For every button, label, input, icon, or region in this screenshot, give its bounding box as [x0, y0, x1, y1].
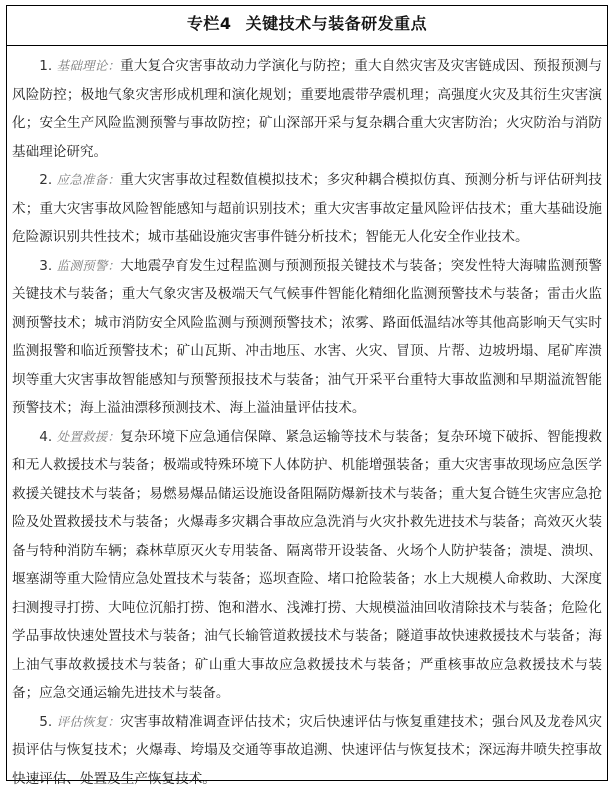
- section-text: 重大复合灾害事故动力学演化与防控；重大自然灾害及灾害链成因、预报预测与风险防控；…: [12, 58, 602, 160]
- box-header: 专栏4关键技术与装备研发重点: [7, 6, 607, 46]
- section-label: 评估恢复：: [57, 714, 120, 729]
- section-label: 处置救援：: [57, 429, 120, 444]
- section-index: 1.: [39, 58, 56, 74]
- section-assessment-recovery: 5. 评估恢复：灾害事故精准调查评估技术；灾后快速评估与恢复重建技术；强台风及龙…: [12, 708, 602, 786]
- section-index: 3.: [39, 258, 56, 274]
- section-disposal-rescue: 4. 处置救援：复杂环境下应急通信保障、紧急运输等技术与装备；复杂环境下破拆、智…: [12, 423, 602, 708]
- title-text: 关键技术与装备研发重点: [246, 14, 428, 33]
- section-emergency-preparation: 2. 应急准备：重大灾害事故过程数值模拟技术；多灾种耦合模拟仿真、预测分析与评估…: [12, 166, 602, 252]
- section-monitoring-warning: 3. 监测预警：大地震孕育发生过程监测与预测预报关键技术与装备；突发性特大海啸监…: [12, 252, 602, 423]
- box-title: 专栏4关键技术与装备研发重点: [187, 11, 427, 34]
- section-index: 2.: [39, 172, 56, 188]
- section-label: 监测预警：: [57, 258, 120, 273]
- section-index: 4.: [39, 429, 56, 445]
- section-basic-theory: 1. 基础理论：重大复合灾害事故动力学演化与防控；重大自然灾害及灾害链成因、预报…: [12, 52, 602, 166]
- section-text: 大地震孕育发生过程监测与预测预报关键技术与装备；突发性特大海啸监测预警关键技术与…: [12, 258, 602, 417]
- section-label: 应急准备：: [57, 172, 120, 187]
- box-content: 1. 基础理论：重大复合灾害事故动力学演化与防控；重大自然灾害及灾害链成因、预报…: [7, 46, 607, 786]
- column-number: 专栏4: [187, 14, 232, 33]
- feature-box: 专栏4关键技术与装备研发重点 1. 基础理论：重大复合灾害事故动力学演化与防控；…: [6, 5, 608, 781]
- section-index: 5.: [39, 714, 56, 730]
- section-label: 基础理论：: [57, 58, 120, 73]
- section-text: 复杂环境下应急通信保障、紧急运输等技术与装备；复杂环境下破拆、智能搜救和无人救援…: [12, 429, 602, 702]
